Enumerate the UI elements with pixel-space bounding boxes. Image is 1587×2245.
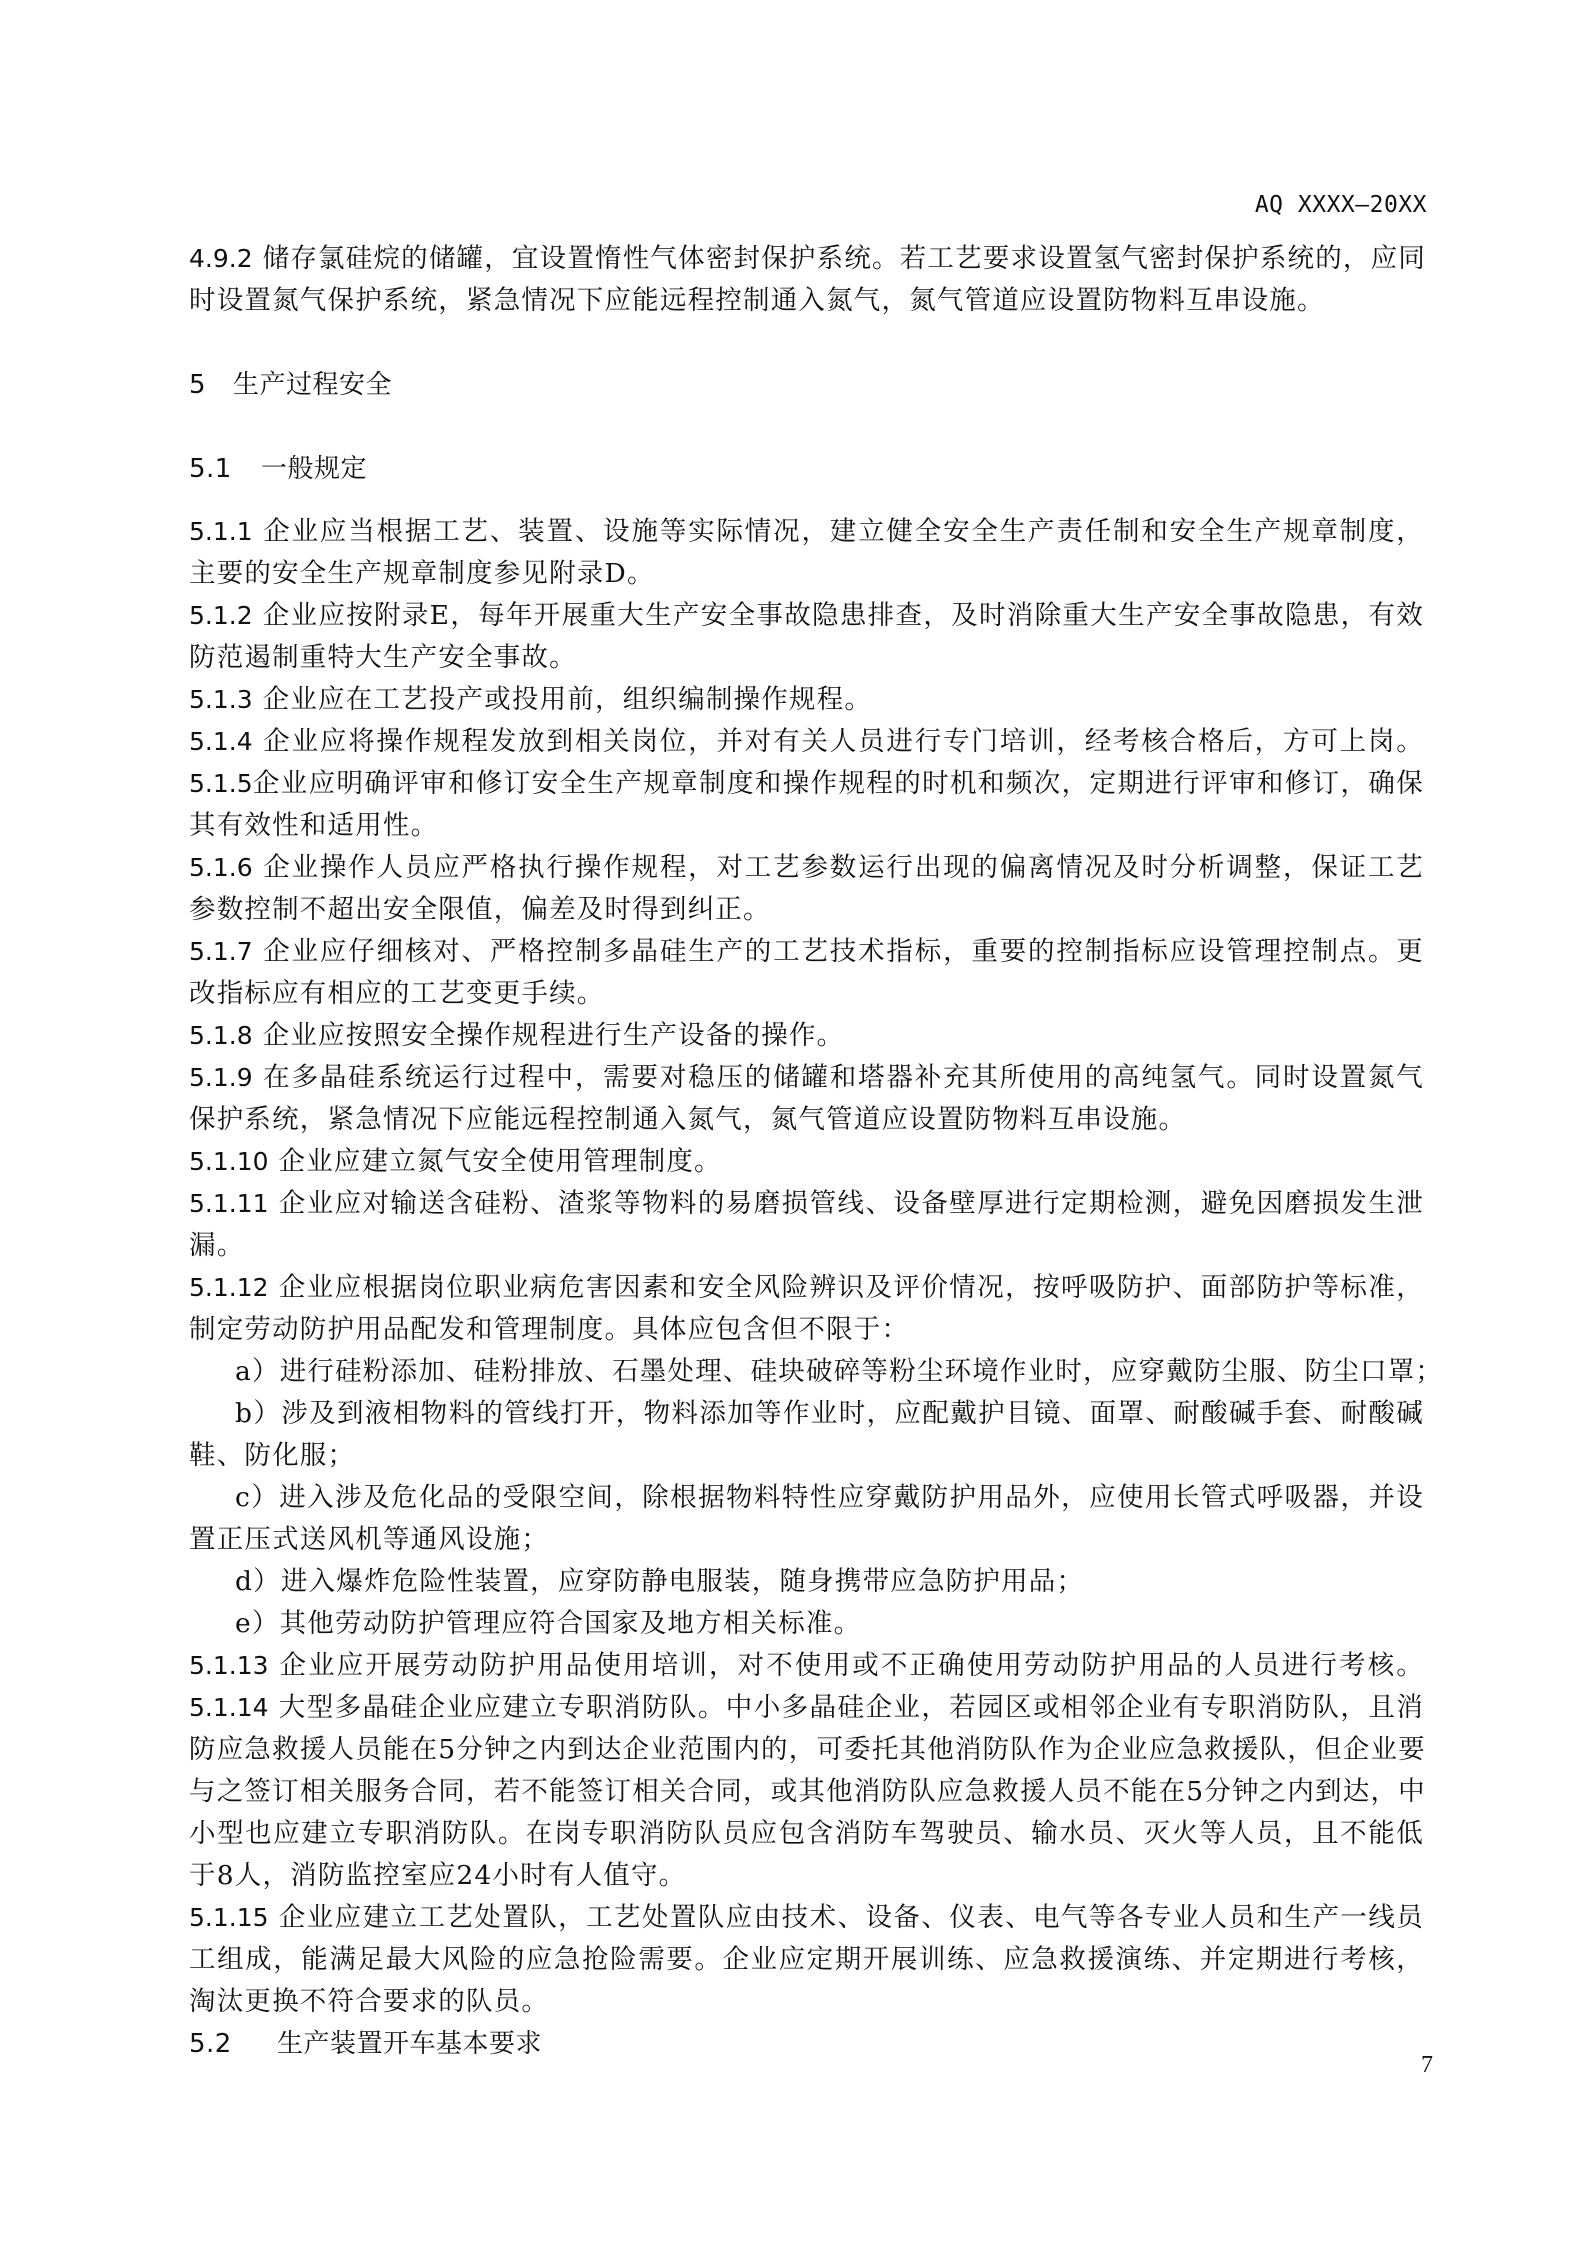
clause-number: 5.1.11 [189, 1189, 269, 1218]
clause-5-1-14-line-3: 与之签订相关服务合同，若不能签订相关合同，或其他消防队应急救援人员不能在5分钟之… [189, 1775, 1424, 1809]
clause-number: 5.1.15 [189, 1903, 269, 1932]
clause-number: 5.1.5 [189, 769, 253, 798]
clause-number: 5.1.14 [189, 1693, 269, 1722]
clause-5-1-4-line-1: 5.1.4企业应将操作规程发放到相关岗位，并对有关人员进行专门培训，经考核合格后… [189, 725, 1424, 759]
clause-5-1-1-line-1: 5.1.1企业应当根据工艺、装置、设施等实际情况，建立健全安全生产责任制和安全生… [189, 515, 1424, 549]
clause-5-1-6-line-2: 参数控制不超出安全限值，偏差及时得到纠正。 [189, 893, 1424, 927]
clause-text: 企业应按附录E，每年开展重大生产安全事故隐患排查，及时消除重大生产安全事故隐患，… [263, 600, 1424, 631]
section-heading-5: 5生产过程安全 [189, 368, 1424, 402]
clause-5-1-11-line-1: 5.1.11企业应对输送含硅粉、渣浆等物料的易磨损管线、设备壁厚进行定期检测，避… [189, 1187, 1424, 1221]
clause-text: 企业应对输送含硅粉、渣浆等物料的易磨损管线、设备壁厚进行定期检测，避免因磨损发生… [279, 1188, 1424, 1219]
list-label: e） [235, 1608, 280, 1639]
clause-text: 企业应开展劳动防护用品使用培训，对不使用或不正确使用劳动防护用品的人员进行考核。 [279, 1650, 1424, 1681]
clause-5-1-9-line-2: 保护系统，紧急情况下应能远程控制通入氮气，氮气管道应设置防物料互串设施。 [189, 1103, 1424, 1137]
clause-4-9-2-line-1: 4.9.2储存氯硅烷的储罐，宜设置惰性气体密封保护系统。若工艺要求设置氢气密封保… [189, 242, 1424, 276]
clause-5-1-12-line-2: 制定劳动防护用品配发和管理制度。具体应包含但不限于： [189, 1313, 1424, 1347]
clause-number: 5.1.4 [189, 727, 253, 756]
list-text: 进入爆炸危险性装置，应穿防静电服装，随身携带应急防护用品； [281, 1566, 1084, 1597]
clause-5-1-11-line-2: 漏。 [189, 1229, 1424, 1263]
section-title: 一般规定 [261, 454, 367, 484]
clause-text: 企业应当根据工艺、装置、设施等实际情况，建立健全安全生产责任制和安全生产规章制度… [263, 516, 1424, 547]
clause-text: 企业应在工艺投产或投用前，组织编制操作规程。 [263, 684, 872, 715]
clause-text: 企业应根据岗位职业病危害因素和安全风险辨识及评价情况，按呼吸防护、面部防护等标准… [279, 1272, 1424, 1303]
document-page: AQ XXXX—20XX 4.9.2储存氯硅烷的储罐，宜设置惰性气体密封保护系统… [0, 0, 1587, 2245]
clause-number: 4.9.2 [189, 244, 253, 273]
clause-5-1-2-line-1: 5.1.2企业应按附录E，每年开展重大生产安全事故隐患排查，及时消除重大生产安全… [189, 599, 1424, 633]
page-number: 7 [1421, 2052, 1433, 2079]
list-text: 进入涉及危化品的受限空间，除根据物料特性应穿戴防护用品外，应使用长管式呼吸器，并… [279, 1482, 1424, 1513]
clause-number: 5.1.13 [189, 1651, 269, 1680]
clause-number: 5.1.9 [189, 1063, 253, 1092]
clause-text: 在多晶硅系统运行过程中，需要对稳压的储罐和塔器补充其所使用的高纯氢气。同时设置氮… [263, 1062, 1424, 1093]
list-label: d） [235, 1566, 281, 1597]
clause-text: 企业操作人员应严格执行操作规程，对工艺参数运行出现的偏离情况及时分析调整，保证工… [263, 852, 1424, 883]
clause-number: 5.1.6 [189, 853, 253, 882]
clause-5-1-9-line-1: 5.1.9在多晶硅系统运行过程中，需要对稳压的储罐和塔器补充其所使用的高纯氢气。… [189, 1061, 1424, 1095]
clause-text: 企业应明确评审和修订安全生产规章制度和操作规程的时机和频次，定期进行评审和修订，… [253, 768, 1424, 799]
clause-5-1-13-line-1: 5.1.13企业应开展劳动防护用品使用培训，对不使用或不正确使用劳动防护用品的人… [189, 1649, 1424, 1683]
clause-5-1-14-line-2: 防应急救援人员能在5分钟之内到达企业范围内的，可委托其他消防队作为企业应急救援队… [189, 1733, 1424, 1767]
clause-5-1-5-line-1: 5.1.5企业应明确评审和修订安全生产规章制度和操作规程的时机和频次，定期进行评… [189, 767, 1424, 801]
clause-text: 企业应建立工艺处置队，工艺处置队应由技术、设备、仪表、电气等各专业人员和生产一线… [279, 1902, 1424, 1933]
clause-5-1-8-line-1: 5.1.8企业应按照安全操作规程进行生产设备的操作。 [189, 1019, 1424, 1053]
clause-5-1-15-line-2: 工组成，能满足最大风险的应急抢险需要。企业应定期开展训练、应急救援演练、并定期进… [189, 1943, 1424, 1977]
list-text: 其他劳动防护管理应符合国家及地方相关标准。 [280, 1608, 862, 1639]
list-item-b-line-2: 鞋、防化服； [189, 1439, 1424, 1473]
list-label: c） [235, 1482, 279, 1513]
section-title: 生产过程安全 [233, 370, 392, 400]
clause-5-1-15-line-3: 淘汰更换不符合要求的队员。 [189, 1985, 1424, 2019]
list-item-c-line-2: 置正压式送风机等通风设施； [189, 1523, 1424, 1557]
section-number: 5.1 [189, 452, 261, 486]
clause-5-1-14-line-5: 于8人，消防监控室应24小时有人值守。 [189, 1859, 1424, 1893]
clause-text: 企业应按照安全操作规程进行生产设备的操作。 [263, 1020, 845, 1051]
clause-number: 5.1.12 [189, 1273, 269, 1302]
clause-5-1-7-line-1: 5.1.7企业应仔细核对、严格控制多晶硅生产的工艺技术指标，重要的控制指标应设管… [189, 935, 1424, 969]
clause-number: 5.1.1 [189, 517, 253, 546]
clause-5-1-15-line-1: 5.1.15企业应建立工艺处置队，工艺处置队应由技术、设备、仪表、电气等各专业人… [189, 1901, 1424, 1935]
clause-number: 5.1.3 [189, 685, 253, 714]
clause-5-1-3-line-1: 5.1.3企业应在工艺投产或投用前，组织编制操作规程。 [189, 683, 1424, 717]
clause-text: 大型多晶硅企业应建立专职消防队。中小多晶硅企业，若园区或相邻企业有专职消防队，且… [279, 1692, 1424, 1723]
list-item-e: e）其他劳动防护管理应符合国家及地方相关标准。 [235, 1607, 1424, 1641]
clause-5-1-12-line-1: 5.1.12企业应根据岗位职业病危害因素和安全风险辨识及评价情况，按呼吸防护、面… [189, 1271, 1424, 1305]
clause-5-1-7-line-2: 改指标应有相应的工艺变更手续。 [189, 977, 1424, 1011]
section-number: 5 [189, 368, 233, 402]
list-text: 涉及到液相物料的管线打开，物料添加等作业时，应配戴护目镜、面罩、耐酸碱手套、耐酸… [281, 1398, 1424, 1429]
section-number: 5.2 [189, 2027, 277, 2061]
clause-number: 5.1.2 [189, 601, 253, 630]
list-item-a: a）进行硅粉添加、硅粉排放、石墨处理、硅块破碎等粉尘环境作业时，应穿戴防尘服、防… [235, 1355, 1424, 1389]
clause-5-1-6-line-1: 5.1.6企业操作人员应严格执行操作规程，对工艺参数运行出现的偏离情况及时分析调… [189, 851, 1424, 885]
list-text: 进行硅粉添加、硅粉排放、石墨处理、硅块破碎等粉尘环境作业时，应穿戴防尘服、防尘口… [280, 1356, 1443, 1387]
clause-5-1-2-line-2: 防范遏制重特大生产安全事故。 [189, 641, 1424, 675]
clause-text: 企业应将操作规程发放到相关岗位，并对有关人员进行专门培训，经考核合格后，方可上岗… [263, 726, 1424, 757]
section-title: 生产装置开车基本要求 [277, 2029, 542, 2059]
clause-number: 5.1.10 [189, 1147, 269, 1176]
clause-text: 储存氯硅烷的储罐，宜设置惰性气体密封保护系统。若工艺要求设置氢气密封保护系统的，… [263, 243, 1426, 274]
clause-text: 企业应仔细核对、严格控制多晶硅生产的工艺技术指标，重要的控制指标应设管理控制点。… [263, 936, 1424, 967]
clause-number: 5.1.8 [189, 1021, 253, 1050]
clause-number: 5.1.7 [189, 937, 253, 966]
section-heading-5-1: 5.1一般规定 [189, 452, 1424, 486]
clause-text: 企业应建立氮气安全使用管理制度。 [279, 1146, 722, 1177]
clause-5-1-5-line-2: 其有效性和适用性。 [189, 809, 1424, 843]
clause-5-1-14-line-4: 小型也应建立专职消防队。在岗专职消防队员应包含消防车驾驶员、输水员、灭火等人员，… [189, 1817, 1424, 1851]
list-item-b-line-1: b）涉及到液相物料的管线打开，物料添加等作业时，应配戴护目镜、面罩、耐酸碱手套、… [235, 1397, 1424, 1431]
clause-5-1-10-line-1: 5.1.10企业应建立氮气安全使用管理制度。 [189, 1145, 1424, 1179]
clause-5-1-1-line-2: 主要的安全生产规章制度参见附录D。 [189, 557, 1424, 591]
clause-5-1-14-line-1: 5.1.14大型多晶硅企业应建立专职消防队。中小多晶硅企业，若园区或相邻企业有专… [189, 1691, 1424, 1725]
list-item-c-line-1: c）进入涉及危化品的受限空间，除根据物料特性应穿戴防护用品外，应使用长管式呼吸器… [235, 1481, 1424, 1515]
list-label: a） [235, 1356, 280, 1387]
clause-4-9-2-line-2: 时设置氮气保护系统，紧急情况下应能远程控制通入氮气，氮气管道应设置防物料互串设施… [189, 284, 1424, 318]
document-code-header: AQ XXXX—20XX [1255, 192, 1427, 218]
section-heading-5-2: 5.2生产装置开车基本要求 [189, 2027, 1424, 2061]
list-label: b） [235, 1398, 281, 1429]
list-item-d: d）进入爆炸危险性装置，应穿防静电服装，随身携带应急防护用品； [235, 1565, 1424, 1599]
